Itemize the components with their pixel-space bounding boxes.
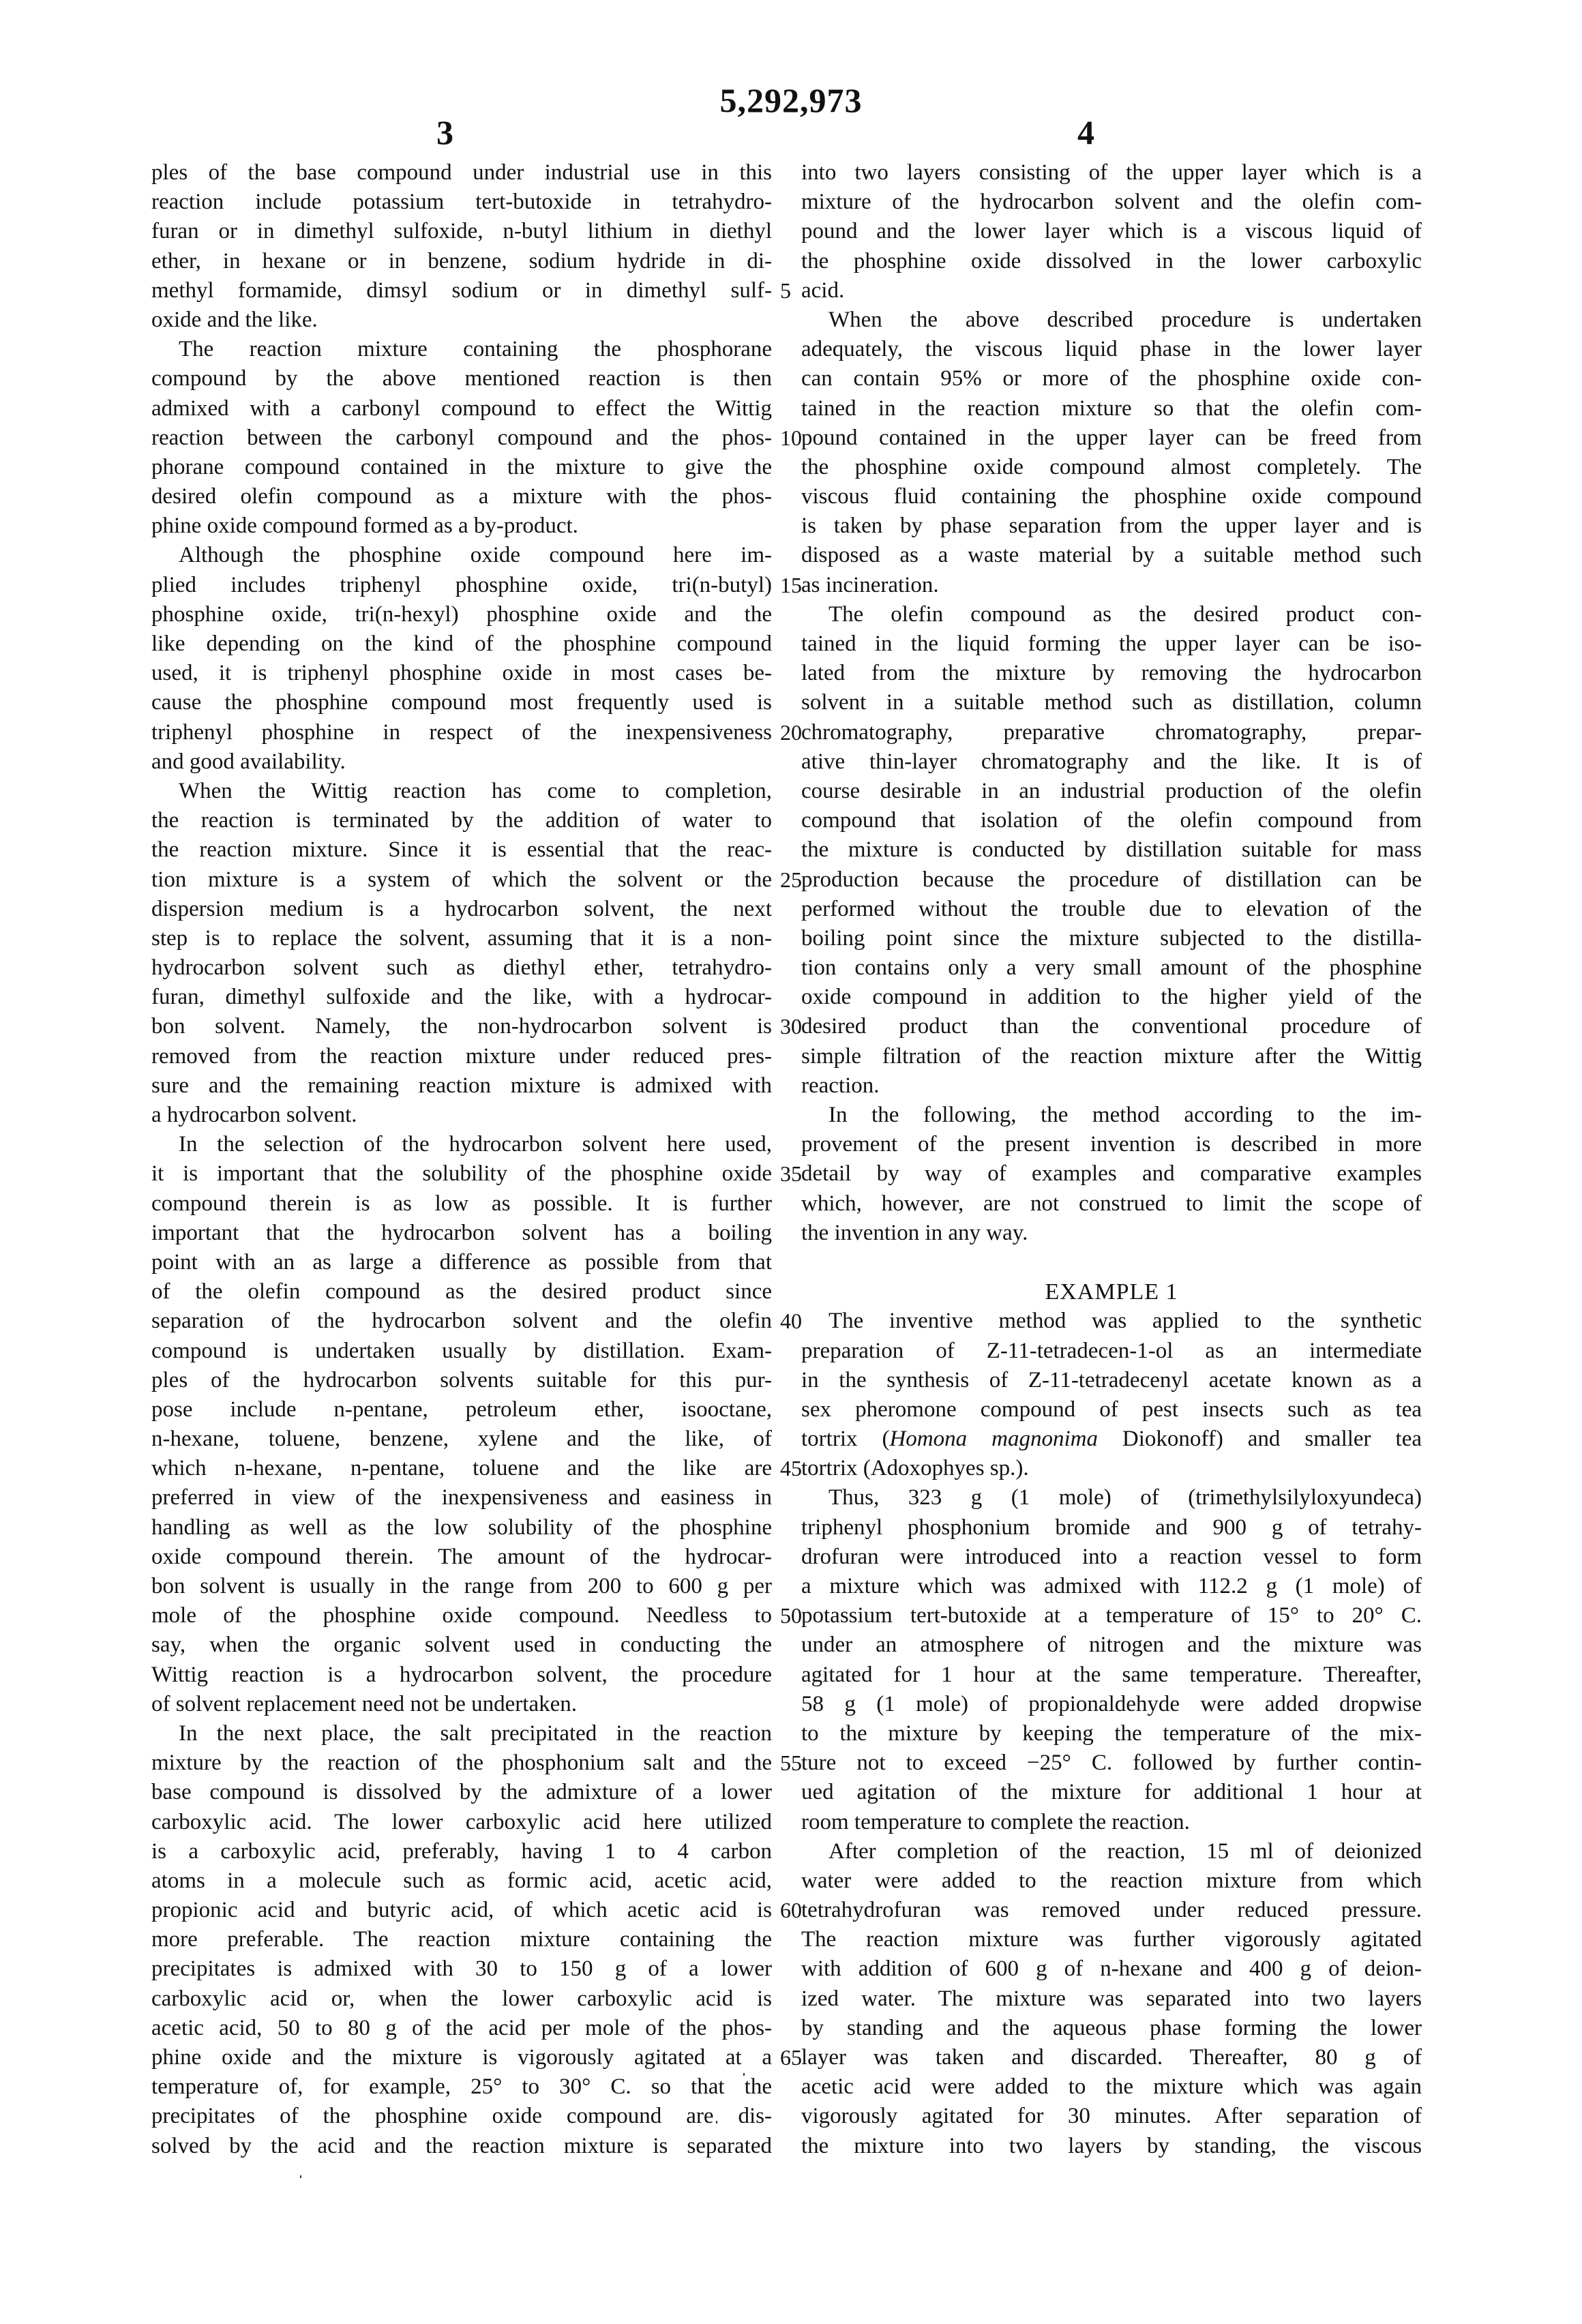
text-line: pose include n-pentane, petroleum ether,… <box>151 1395 772 1425</box>
text-line: mole of the phosphine oxide compound. Ne… <box>151 1601 772 1630</box>
text-line: triphenyl phosphonium bromide and 900 g … <box>801 1513 1422 1543</box>
text-content: more preferable. The reaction mixture co… <box>151 1927 772 1952</box>
text-line: the phosphine oxide compound almost comp… <box>801 453 1422 482</box>
text-line: 58 g (1 mole) of propionaldehyde were ad… <box>801 1690 1422 1719</box>
text-line: reaction include potassium tert-butoxide… <box>151 188 772 217</box>
text-content: solved by the acid and the reaction mixt… <box>151 2134 772 2158</box>
text-content: bon solvent. Namely, the non-hydrocarbon… <box>151 1014 772 1039</box>
text-line: The reaction mixture was further vigorou… <box>801 1925 1422 1954</box>
text-line: mixture by the reaction of the phosphoni… <box>151 1748 772 1778</box>
text-content: preparation of Z-11-tetradecen-1-ol as a… <box>801 1339 1422 1363</box>
text-line: ples of the hydrocarbon solvents suitabl… <box>151 1366 772 1395</box>
text-content: bon solvent is usually in the range from… <box>151 1574 772 1598</box>
text-line: is a carboxylic acid, preferably, having… <box>151 1837 772 1866</box>
text-line: tion contains only a very small amount o… <box>801 953 1422 983</box>
section-heading: EXAMPLE 1 <box>801 1277 1422 1307</box>
text-line: acetic acid, 50 to 80 g of the acid per … <box>151 2014 772 2043</box>
text-content: acid. <box>801 278 844 303</box>
text-content: which, however, are not construed to lim… <box>801 1191 1422 1216</box>
text-line: atoms in a molecule such as formic acid,… <box>151 1866 772 1896</box>
text-line: a mixture which was admixed with 112.2 g… <box>801 1572 1422 1601</box>
text-line: In the selection of the hydrocarbon solv… <box>151 1130 772 1159</box>
text-line: acetic acid were added to the mixture wh… <box>801 2072 1422 2102</box>
text-content: like depending on the kind of the phosph… <box>151 631 772 656</box>
text-content: precipitates of the phosphine oxide comp… <box>151 2104 772 2128</box>
text-content: The inventive method was applied to the … <box>829 1309 1422 1333</box>
text-content: compound by the above mentioned reaction… <box>151 366 772 391</box>
text-line: the reaction mixture. Since it is essent… <box>151 835 772 865</box>
text-line: the reaction is terminated by the additi… <box>151 806 772 835</box>
text-content: a hydrocarbon solvent. <box>151 1103 357 1127</box>
text-content: the reaction is terminated by the additi… <box>151 808 772 833</box>
text-content: water were added to the reaction mixture… <box>801 1868 1422 1893</box>
text-content: oxide compound therein. The amount of th… <box>151 1545 772 1569</box>
text-content: temperature of, for example, 25° to 30° … <box>151 2074 772 2099</box>
text-content: the phosphine oxide compound almost comp… <box>801 455 1422 479</box>
text-content: sure and the remaining reaction mixture … <box>151 1073 772 1098</box>
text-line: boiling point since the mixture subjecte… <box>801 924 1422 953</box>
text-line: compound therein is as low as possible. … <box>151 1189 772 1219</box>
text-line: removed from the reaction mixture under … <box>151 1042 772 1071</box>
text-content: can contain 95% or more of the phosphine… <box>801 366 1422 391</box>
text-content: acetic acid, 50 to 80 g of the acid per … <box>151 2016 772 2040</box>
text-content: the invention in any way. <box>801 1221 1028 1245</box>
text-line: viscous fluid containing the phosphine o… <box>801 482 1422 511</box>
text-content: ized water. The mixture was separated in… <box>801 1986 1422 2011</box>
text-line: oxide compound therein. The amount of th… <box>151 1543 772 1572</box>
text-line: is taken by phase separation from the up… <box>801 511 1422 541</box>
text-content: When the above described procedure is un… <box>829 308 1422 332</box>
text-content: desired olefin compound as a mixture wit… <box>151 484 772 509</box>
text-content: say, when the organic solvent used in co… <box>151 1633 772 1657</box>
text-line: a hydrocarbon solvent. <box>151 1101 772 1130</box>
text-content: pound and the lower layer which is a vis… <box>801 219 1422 243</box>
text-content: chromatography, preparative chromatograp… <box>801 720 1422 745</box>
text-content: phorane compound contained in the mixtur… <box>151 455 772 479</box>
text-content: of the olefin compound as the desired pr… <box>151 1279 772 1304</box>
text-content: separation of the hydrocarbon solvent an… <box>151 1309 772 1333</box>
species-name-italic: Homona magnonima <box>889 1427 1097 1451</box>
text-line: When the Wittig reaction has come to com… <box>151 777 772 806</box>
text-content: agitated for 1 hour at the same temperat… <box>801 1663 1422 1687</box>
text-content: point with an as large a difference as p… <box>151 1250 772 1275</box>
text-content: tained in the liquid forming the upper l… <box>801 631 1422 656</box>
text-content: solvent in a suitable method such as dis… <box>801 690 1422 715</box>
text-content: compound therein is as low as possible. … <box>151 1191 772 1216</box>
text-content: of solvent replacement need not be under… <box>151 1692 577 1716</box>
text-line: provement of the present invention is de… <box>801 1130 1422 1159</box>
text-line: the mixture into two layers by standing,… <box>801 2132 1422 2161</box>
text-content: the reaction mixture. Since it is essent… <box>151 837 772 862</box>
text-content: base compound is dissolved by the admixt… <box>151 1780 772 1804</box>
text-line: admixed with a carbonyl compound to effe… <box>151 394 772 423</box>
text-content: adequately, the viscous liquid phase in … <box>801 337 1422 361</box>
text-line: of the olefin compound as the desired pr… <box>151 1277 772 1307</box>
text-line <box>801 1248 1422 1277</box>
text-content: tained in the reaction mixture so that t… <box>801 396 1422 421</box>
text-content: is taken by phase separation from the up… <box>801 513 1422 538</box>
text-content: propionic acid and butyric acid, of whic… <box>151 1898 772 1922</box>
text-content: boiling point since the mixture subjecte… <box>801 926 1422 951</box>
text-line: bon solvent is usually in the range from… <box>151 1572 772 1601</box>
text-content: When the Wittig reaction has come to com… <box>179 779 772 803</box>
text-line: compound that isolation of the olefin co… <box>801 806 1422 835</box>
text-content: disposed as a waste material by a suitab… <box>801 543 1422 567</box>
text-line: into two layers consisting of the upper … <box>801 158 1422 188</box>
text-content: preferred in view of the inexpensiveness… <box>151 1485 772 1510</box>
text-line: which, however, are not construed to lim… <box>801 1189 1422 1219</box>
text-line: tained in the liquid forming the upper l… <box>801 629 1422 659</box>
text-line: bon solvent. Namely, the non-hydrocarbon… <box>151 1012 772 1041</box>
text-content: into two layers consisting of the upper … <box>801 160 1422 185</box>
text-line: The inventive method was applied to the … <box>801 1307 1422 1336</box>
text-content: compound that isolation of the olefin co… <box>801 808 1422 833</box>
text-line: cause the phosphine compound most freque… <box>151 688 772 717</box>
text-line: to the mixture by keeping the temperatur… <box>801 1719 1422 1748</box>
text-content: Thus, 323 g (1 mole) of (trimethylsilylo… <box>829 1485 1422 1510</box>
text-content: atoms in a molecule such as formic acid,… <box>151 1868 772 1893</box>
text-content: tion mixture is a system of which the so… <box>151 867 772 892</box>
scan-speck <box>716 2121 717 2124</box>
left-text-column: ples of the base compound under industri… <box>151 158 772 2161</box>
text-content: ples of the base compound under industri… <box>151 160 772 185</box>
text-line: ative thin-layer chromatography and the … <box>801 747 1422 777</box>
text-line: The olefin compound as the desired produ… <box>801 600 1422 629</box>
text-line: ples of the base compound under industri… <box>151 158 772 188</box>
text-line: point with an as large a difference as p… <box>151 1248 772 1277</box>
text-line: base compound is dissolved by the admixt… <box>151 1778 772 1807</box>
text-content: 58 g (1 mole) of propionaldehyde were ad… <box>801 1692 1422 1716</box>
text-line: precipitates is admixed with 30 to 150 g… <box>151 1954 772 1984</box>
text-content: methyl formamide, dimsyl sodium or in di… <box>151 278 772 303</box>
text-line: desired product than the conventional pr… <box>801 1012 1422 1041</box>
text-content: The reaction mixture was further vigorou… <box>801 1927 1422 1952</box>
text-line: and good availability. <box>151 747 772 777</box>
text-line: Wittig reaction is a hydrocarbon solvent… <box>151 1660 772 1690</box>
text-content: reaction. <box>801 1073 880 1098</box>
text-content: Although the phosphine oxide compound he… <box>179 543 772 567</box>
text-line: phine oxide compound formed as a by-prod… <box>151 511 772 541</box>
text-content: step is to replace the solvent, assuming… <box>151 926 772 951</box>
text-line: like depending on the kind of the phosph… <box>151 629 772 659</box>
text-content: The reaction mixture containing the phos… <box>179 337 772 361</box>
text-line: detail by way of examples and comparativ… <box>801 1159 1422 1189</box>
text-line: tion mixture is a system of which the so… <box>151 865 772 895</box>
text-line: say, when the organic solvent used in co… <box>151 1630 772 1660</box>
text-line: it is important that the solubility of t… <box>151 1159 772 1189</box>
text-content: production because the procedure of dist… <box>801 867 1422 892</box>
text-line: simple filtration of the reaction mixtur… <box>801 1042 1422 1071</box>
text-line: course desirable in an industrial produc… <box>801 777 1422 806</box>
text-content: ples of the hydrocarbon solvents suitabl… <box>151 1368 772 1392</box>
text-content: a mixture which was admixed with 112.2 g… <box>801 1574 1422 1598</box>
text-line: compound is undertaken usually by distil… <box>151 1337 772 1366</box>
text-line: furan, dimethyl sulfoxide and the like, … <box>151 983 772 1012</box>
text-line: phorane compound contained in the mixtur… <box>151 453 772 482</box>
text-line: solved by the acid and the reaction mixt… <box>151 2132 772 2161</box>
text-line: the phosphine oxide dissolved in the low… <box>801 247 1422 276</box>
text-content: hydrocarbon solvent such as diethyl ethe… <box>151 955 772 980</box>
text-line: used, it is triphenyl phosphine oxide in… <box>151 659 772 688</box>
text-content: by standing and the aqueous phase formin… <box>801 2016 1422 2040</box>
text-line: reaction. <box>801 1071 1422 1101</box>
text-content: room temperature to complete the reactio… <box>801 1810 1190 1834</box>
text-line: mixture of the hydrocarbon solvent and t… <box>801 188 1422 217</box>
text-line: In the next place, the salt precipitated… <box>151 1719 772 1748</box>
text-content: The olefin compound as the desired produ… <box>829 602 1422 627</box>
text-line: adequately, the viscous liquid phase in … <box>801 335 1422 364</box>
text-line: plied includes triphenyl phosphine oxide… <box>151 571 772 600</box>
text-line: Thus, 323 g (1 mole) of (trimethylsilylo… <box>801 1483 1422 1513</box>
text-line: desired olefin compound as a mixture wit… <box>151 482 772 511</box>
text-line: layer was taken and discarded. Thereafte… <box>801 2043 1422 2072</box>
text-line: In the following, the method according t… <box>801 1101 1422 1130</box>
text-line: temperature of, for example, 25° to 30° … <box>151 2072 772 2102</box>
text-line: preparation of Z-11-tetradecen-1-ol as a… <box>801 1337 1422 1366</box>
text-line: When the above described procedure is un… <box>801 306 1422 335</box>
text-content: it is important that the solubility of t… <box>151 1161 772 1186</box>
text-content: reaction include potassium tert-butoxide… <box>151 190 772 214</box>
text-line: preferred in view of the inexpensiveness… <box>151 1483 772 1513</box>
text-content: as incineration. <box>801 573 939 597</box>
text-content: EXAMPLE 1 <box>1045 1279 1178 1305</box>
text-content: course desirable in an industrial produc… <box>801 779 1422 803</box>
text-line: pound and the lower layer which is a vis… <box>801 217 1422 246</box>
text-content: furan, dimethyl sulfoxide and the like, … <box>151 985 772 1009</box>
text-content: tortrix (Adoxophyes sp.). <box>801 1456 1029 1480</box>
text-line: the mixture is conducted by distillation… <box>801 835 1422 865</box>
text-line: oxide compound in addition to the higher… <box>801 983 1422 1012</box>
text-content: which n-hexane, n-pentane, toluene and t… <box>151 1456 772 1480</box>
text-content: detail by way of examples and comparativ… <box>801 1161 1422 1186</box>
text-line: triphenyl phosphine in respect of the in… <box>151 718 772 747</box>
text-line: carboxylic acid. The lower carboxylic ac… <box>151 1808 772 1837</box>
text-line: which n-hexane, n-pentane, toluene and t… <box>151 1454 772 1483</box>
text-content: in the synthesis of Z-11-tetradecenyl ac… <box>801 1368 1422 1392</box>
text-content: tetrahydrofuran was removed under reduce… <box>801 1898 1422 1922</box>
text-content: acetic acid were added to the mixture wh… <box>801 2074 1422 2099</box>
text-line: drofuran were introduced into a reaction… <box>801 1543 1422 1572</box>
text-segment: tortrix ( <box>801 1427 889 1451</box>
text-line: hydrocarbon solvent such as diethyl ethe… <box>151 953 772 983</box>
text-content: and good availability. <box>151 749 346 774</box>
text-content: In the selection of the hydrocarbon solv… <box>179 1132 772 1157</box>
text-content: triphenyl phosphine in respect of the in… <box>151 720 772 745</box>
text-content: provement of the present invention is de… <box>801 1132 1422 1157</box>
text-content: In the following, the method according t… <box>829 1103 1422 1127</box>
text-line: under an atmosphere of nitrogen and the … <box>801 1630 1422 1660</box>
right-text-column: into two layers consisting of the upper … <box>801 158 1422 2161</box>
text-line: sure and the remaining reaction mixture … <box>151 1071 772 1101</box>
text-content: sex pheromone compound of pest insects s… <box>801 1397 1422 1422</box>
text-line: water were added to the reaction mixture… <box>801 1866 1422 1896</box>
text-line: carboxylic acid or, when the lower carbo… <box>151 1984 772 2014</box>
text-line: ized water. The mixture was separated in… <box>801 1984 1422 2014</box>
text-line: important that the hydrocarbon solvent h… <box>151 1219 772 1248</box>
text-line: tained in the reaction mixture so that t… <box>801 394 1422 423</box>
text-line: oxide and the like. <box>151 306 772 335</box>
text-line: more preferable. The reaction mixture co… <box>151 1925 772 1954</box>
text-line: as incineration. <box>801 571 1422 600</box>
text-content: ether, in hexane or in benzene, sodium h… <box>151 249 772 273</box>
text-line: propionic acid and butyric acid, of whic… <box>151 1896 772 1925</box>
text-line: performed without the trouble due to ele… <box>801 895 1422 924</box>
text-content: precipitates is admixed with 30 to 150 g… <box>151 1956 772 1981</box>
text-content: ative thin-layer chromatography and the … <box>801 749 1422 774</box>
text-line: sex pheromone compound of pest insects s… <box>801 1395 1422 1425</box>
text-content: reaction between the carbonyl compound a… <box>151 426 772 450</box>
text-content: pose include n-pentane, petroleum ether,… <box>151 1397 772 1422</box>
text-content: performed without the trouble due to ele… <box>801 897 1422 921</box>
text-content: viscous fluid containing the phosphine o… <box>801 484 1422 509</box>
text-line: agitated for 1 hour at the same temperat… <box>801 1660 1422 1690</box>
text-line: pound contained in the upper layer can b… <box>801 423 1422 453</box>
text-content: triphenyl phosphonium bromide and 900 g … <box>801 1515 1422 1540</box>
text-content: handling as well as the low solubility o… <box>151 1515 772 1540</box>
text-content: carboxylic acid. The lower carboxylic ac… <box>151 1810 772 1834</box>
text-line: can contain 95% or more of the phosphine… <box>801 364 1422 393</box>
text-content: layer was taken and discarded. Thereafte… <box>801 2045 1422 2070</box>
text-line: chromatography, preparative chromatograp… <box>801 718 1422 747</box>
text-line: lated from the mixture by removing the h… <box>801 659 1422 688</box>
text-content: simple filtration of the reaction mixtur… <box>801 1044 1422 1069</box>
text-line: in the synthesis of Z-11-tetradecenyl ac… <box>801 1366 1422 1395</box>
text-content: mixture of the hydrocarbon solvent and t… <box>801 190 1422 214</box>
text-content: important that the hydrocarbon solvent h… <box>151 1221 772 1245</box>
scan-speck <box>300 2175 301 2178</box>
text-content: furan or in dimethyl sulfoxide, n-butyl … <box>151 219 772 243</box>
text-line: After completion of the reaction, 15 ml … <box>801 1837 1422 1866</box>
text-content: is a carboxylic acid, preferably, having… <box>151 1839 772 1864</box>
text-line: precipitates of the phosphine oxide comp… <box>151 2102 772 2131</box>
text-content: After completion of the reaction, 15 ml … <box>829 1839 1422 1864</box>
text-line: phine oxide and the mixture is vigorousl… <box>151 2043 772 2072</box>
text-line: The reaction mixture containing the phos… <box>151 335 772 364</box>
text-line: step is to replace the solvent, assuming… <box>151 924 772 953</box>
text-line: acid. <box>801 276 1422 306</box>
text-line: by standing and the aqueous phase formin… <box>801 2014 1422 2043</box>
text-content: potassium tert-butoxide at a temperature… <box>801 1603 1422 1628</box>
text-content: ture not to exceed −25° C. followed by f… <box>801 1751 1422 1775</box>
text-content: oxide and the like. <box>151 308 318 332</box>
text-content: lated from the mixture by removing the h… <box>801 661 1422 685</box>
text-content: with addition of 600 g of n-hexane and 4… <box>801 1956 1422 1981</box>
text-line: vigorously agitated for 30 minutes. Afte… <box>801 2102 1422 2131</box>
text-content: the phosphine oxide dissolved in the low… <box>801 249 1422 273</box>
text-content: cause the phosphine compound most freque… <box>151 690 772 715</box>
scan-speck <box>743 2073 745 2076</box>
text-content: removed from the reaction mixture under … <box>151 1044 772 1069</box>
text-line: ture not to exceed −25° C. followed by f… <box>801 1748 1422 1778</box>
text-content: phine oxide and the mixture is vigorousl… <box>151 2045 772 2070</box>
column-number-right: 4 <box>1077 113 1094 152</box>
text-line: potassium tert-butoxide at a temperature… <box>801 1601 1422 1630</box>
text-line: Although the phosphine oxide compound he… <box>151 541 772 570</box>
text-line: with addition of 600 g of n-hexane and 4… <box>801 1954 1422 1984</box>
text-content: compound is undertaken usually by distil… <box>151 1339 772 1363</box>
text-line: tetrahydrofuran was removed under reduce… <box>801 1896 1422 1925</box>
text-line: furan or in dimethyl sulfoxide, n-butyl … <box>151 217 772 246</box>
text-line: dispersion medium is a hydrocarbon solve… <box>151 895 772 924</box>
text-content: the mixture is conducted by distillation… <box>801 837 1422 862</box>
text-line: handling as well as the low solubility o… <box>151 1513 772 1543</box>
text-line: of solvent replacement need not be under… <box>151 1690 772 1719</box>
text-line: disposed as a waste material by a suitab… <box>801 541 1422 570</box>
text-content: admixed with a carbonyl compound to effe… <box>151 396 772 421</box>
text-line: n-hexane, toluene, benzene, xylene and t… <box>151 1425 772 1454</box>
text-content: In the next place, the salt precipitated… <box>179 1721 772 1746</box>
text-content: used, it is triphenyl phosphine oxide in… <box>151 661 772 685</box>
text-line: separation of the hydrocarbon solvent an… <box>151 1307 772 1336</box>
text-content: under an atmosphere of nitrogen and the … <box>801 1633 1422 1657</box>
text-content: drofuran were introduced into a reaction… <box>801 1545 1422 1569</box>
text-content: the mixture into two layers by standing,… <box>801 2134 1422 2158</box>
text-line: tortrix (Adoxophyes sp.). <box>801 1454 1422 1483</box>
text-content: to the mixture by keeping the temperatur… <box>801 1721 1422 1746</box>
text-content: vigorously agitated for 30 minutes. Afte… <box>801 2104 1422 2128</box>
text-line: ued agitation of the mixture for additio… <box>801 1778 1422 1807</box>
text-line: phosphine oxide, tri(n-hexyl) phosphine … <box>151 600 772 629</box>
text-segment: Diokonoff) and smaller tea <box>1098 1427 1422 1451</box>
text-content: n-hexane, toluene, benzene, xylene and t… <box>151 1427 772 1451</box>
text-content: carboxylic acid or, when the lower carbo… <box>151 1986 772 2011</box>
text-content: mixture by the reaction of the phosphoni… <box>151 1751 772 1775</box>
text-content: ued agitation of the mixture for additio… <box>801 1780 1422 1804</box>
text-content: tion contains only a very small amount o… <box>801 955 1422 980</box>
text-line: solvent in a suitable method such as dis… <box>801 688 1422 717</box>
text-content: mole of the phosphine oxide compound. Ne… <box>151 1603 772 1628</box>
text-line: production because the procedure of dist… <box>801 865 1422 895</box>
text-content: pound contained in the upper layer can b… <box>801 426 1422 450</box>
text-content: phine oxide compound formed as a by-prod… <box>151 513 578 538</box>
text-content: desired product than the conventional pr… <box>801 1014 1422 1039</box>
text-content: plied includes triphenyl phosphine oxide… <box>151 573 772 597</box>
text-line: ether, in hexane or in benzene, sodium h… <box>151 247 772 276</box>
text-content: dispersion medium is a hydrocarbon solve… <box>151 897 772 921</box>
column-number-left: 3 <box>436 113 453 152</box>
patent-number: 5,292,973 <box>0 80 1582 120</box>
text-line: tortrix (Homona magnonima Diokonoff) and… <box>801 1425 1422 1454</box>
text-line: the invention in any way. <box>801 1219 1422 1248</box>
text-content: Wittig reaction is a hydrocarbon solvent… <box>151 1663 772 1687</box>
text-line: room temperature to complete the reactio… <box>801 1808 1422 1837</box>
text-line: reaction between the carbonyl compound a… <box>151 423 772 453</box>
text-content: phosphine oxide, tri(n-hexyl) phosphine … <box>151 602 772 627</box>
text-content: oxide compound in addition to the higher… <box>801 985 1422 1009</box>
text-line: compound by the above mentioned reaction… <box>151 364 772 393</box>
text-line: methyl formamide, dimsyl sodium or in di… <box>151 276 772 306</box>
